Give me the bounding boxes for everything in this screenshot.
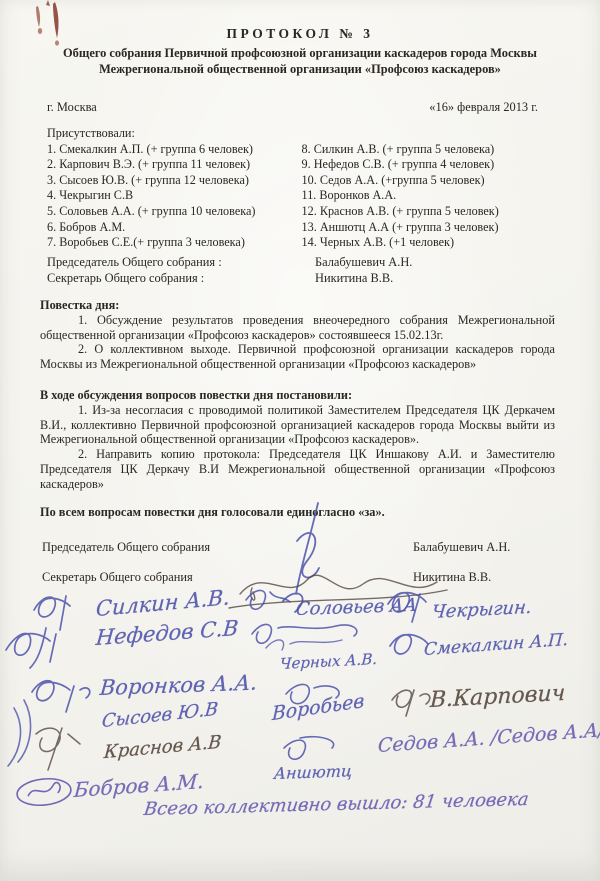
document-subtitle-line2: Межрегиональной общественной организации… [0, 62, 600, 78]
document-date: «16» февраля 2013 г. [429, 100, 538, 115]
attendee-line: 7. Воробьев С.Е.(+ группа 3 человека) [47, 235, 302, 251]
sign-secretary-row: Секретарь Общего собрания Никитина В.В. [42, 570, 555, 585]
signature-bobrov: Бобров А.М. [73, 769, 205, 802]
chairman-row: Председатель Общего собрания : Балабушев… [47, 255, 412, 271]
sign-chairman-label: Председатель Общего собрания [42, 540, 413, 555]
attendee-line: 10. Седов А.А. (+группа 5 человек) [302, 173, 570, 189]
city-date-row: г. Москва «16» февраля 2013 г. [47, 100, 538, 115]
secretary-label: Секретарь Общего собрания : [47, 271, 315, 287]
agenda-heading: Повестка дня: [40, 298, 555, 313]
attendees-label: Присутствовали: [47, 126, 570, 142]
sign-secretary-label: Секретарь Общего собрания [42, 570, 413, 585]
document-header: ПРОТОКОЛ № 3 Общего собрания Первичной п… [0, 26, 600, 77]
signature-smekalkin: Смекалкин А.П. [423, 630, 569, 660]
sign-chairman-row: Председатель Общего собрания Балабушевич… [42, 540, 555, 555]
signature-anshyutts: Аншютц [273, 761, 353, 783]
chairman-name: Балабушевич А.Н. [315, 255, 412, 271]
agenda-item: 1. Обсуждение результатов проведения вне… [40, 313, 555, 343]
signature-sedov: Седов А.А. /Седов А.А/ [377, 719, 600, 757]
attendee-line: 6. Бобров А.М. [47, 220, 302, 236]
attendee-line: 3. Сысоев Ю.В. (+ группа 12 человека) [47, 173, 302, 189]
signature-karpovich: В.Карпович [430, 681, 566, 713]
attendees-section: Присутствовали: 1. Смекалкин А.П. (+ гру… [47, 126, 570, 251]
attendee-line: 12. Краснов А.В. (+ группа 5 человек) [302, 204, 570, 220]
officials-section: Председатель Общего собрания : Балабушев… [47, 255, 412, 287]
attendees-column-left: 1. Смекалкин А.П. (+ группа 6 человек) 2… [47, 142, 302, 251]
document-city: г. Москва [47, 100, 97, 115]
sign-secretary-name: Никитина В.В. [413, 570, 491, 585]
scanned-protocol-page: ПРОТОКОЛ № 3 Общего собрания Первичной п… [0, 0, 600, 881]
vote-result-line: По всем вопросам повестки дня голосовали… [40, 505, 555, 520]
attendee-line: 2. Карпович В.Э. (+ группа 11 человек) [47, 157, 302, 173]
resolution-section: В ходе обсуждения вопросов повестки дня … [40, 388, 555, 492]
attendee-line: 5. Соловьев А.А. (+ группа 10 человека) [47, 204, 302, 220]
attendee-line: 1. Смекалкин А.П. (+ группа 6 человек) [47, 142, 302, 158]
signature-block: Председатель Общего собрания Балабушевич… [42, 540, 555, 600]
attendee-line: 11. Воронков А.А. [302, 188, 570, 204]
document-subtitle-line1: Общего собрания Первичной профсоюзной ор… [0, 46, 600, 62]
resolution-item: 1. Из-за несогласия с проводимой политик… [40, 403, 555, 447]
secretary-row: Секретарь Общего собрания : Никитина В.В… [47, 271, 412, 287]
chairman-label: Председатель Общего собрания : [47, 255, 315, 271]
attendees-column-right: 8. Силкин А.В. (+ группа 5 человека) 9. … [302, 142, 570, 251]
signature-voronkov: Воронков А.А. [99, 670, 258, 700]
attendee-line: 4. Чекрыгин С.В [47, 188, 302, 204]
signature-chekrygin: Чекрыгин. [431, 597, 533, 623]
signature-vorobyev: Воробьев [272, 690, 365, 725]
document-title: ПРОТОКОЛ № 3 [0, 26, 600, 42]
handwritten-total-line: Всего коллективно вышло: 81 человека [143, 789, 530, 820]
signature-chernykh: Черных А.В. [280, 650, 378, 673]
sign-chairman-name: Балабушевич А.Н. [413, 540, 510, 555]
signature-krasnov: Краснов А.В [103, 732, 222, 764]
agenda-item: 2. О коллективном выходе. Первичной проф… [40, 342, 555, 372]
attendee-line: 14. Черных А.В. (+1 человек) [302, 235, 570, 251]
attendee-line: 8. Силкин А.В. (+ группа 5 человека) [302, 142, 570, 158]
attendee-line: 9. Нефедов С.В. (+ группа 4 человек) [302, 157, 570, 173]
attendee-line: 13. Аншютц А.А (+ группа 3 человек) [302, 220, 570, 236]
secretary-name: Никитина В.В. [315, 271, 393, 287]
resolution-heading: В ходе обсуждения вопросов повестки дня … [40, 388, 555, 403]
signature-nefedov: Нефедов С.В [95, 616, 239, 650]
agenda-section: Повестка дня: 1. Обсуждение результатов … [40, 298, 555, 372]
resolution-item: 2. Направить копию протокола: Председате… [40, 447, 555, 491]
signature-sysoev: Сысоев Ю.В [101, 699, 219, 733]
